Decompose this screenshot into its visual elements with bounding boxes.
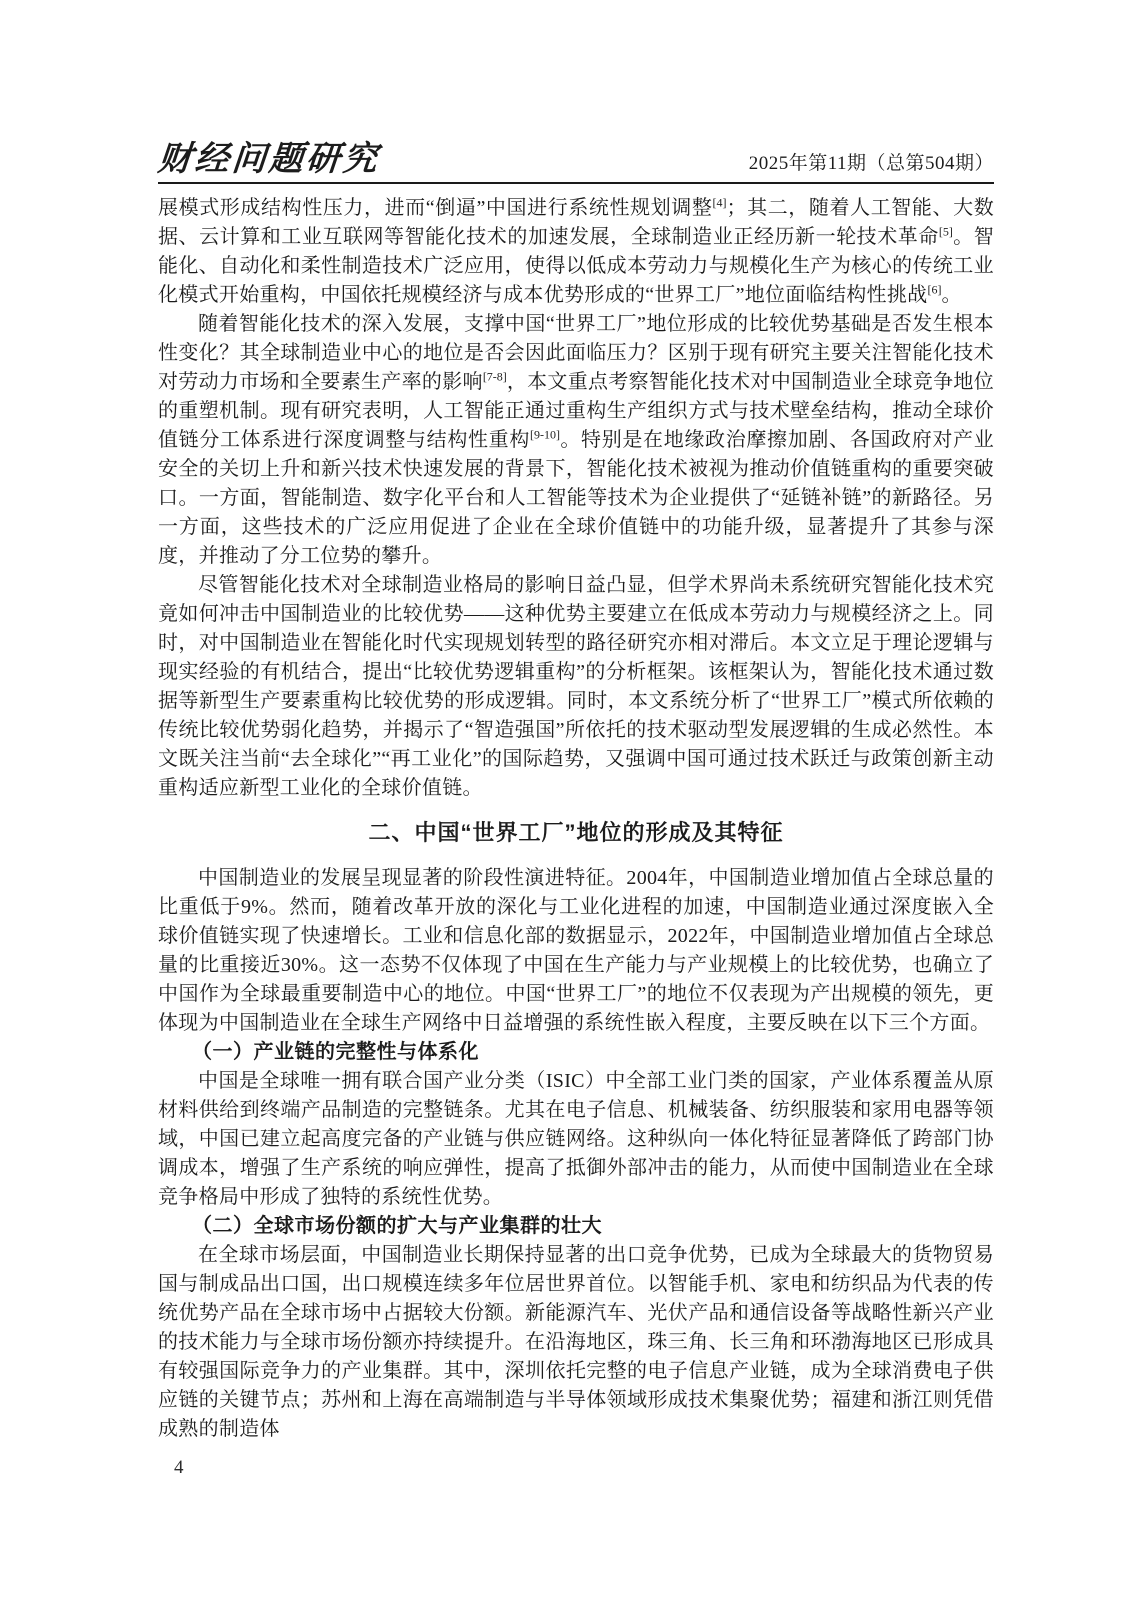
citation-marker: [4]	[713, 195, 727, 209]
sub-heading: （一）产业链的完整性与体系化	[158, 1038, 994, 1067]
paragraph: 展模式形成结构性压力，进而“倒逼”中国进行系统性规划调整[4]；其二，随着人工智…	[158, 194, 994, 310]
citation-marker: [6]	[927, 282, 941, 296]
paragraph: 中国制造业的发展呈现显著的阶段性演进特征。2004年，中国制造业增加值占全球总量…	[158, 864, 994, 1038]
header-divider	[158, 182, 994, 184]
section-heading: 二、中国“世界工厂”地位的形成及其特征	[158, 818, 994, 847]
journal-page: 财经问题研究 2025年第11期（总第504期） 展模式形成结构性压力，进而“倒…	[0, 0, 1140, 1600]
journal-logo: 财经问题研究	[157, 142, 382, 176]
sub-heading: （二）全球市场份额的扩大与产业集群的壮大	[158, 1212, 994, 1241]
paragraph: 中国是全球唯一拥有联合国产业分类（ISIC）中全部工业门类的国家，产业体系覆盖从…	[158, 1067, 994, 1212]
page-number: 4	[158, 1457, 994, 1479]
issue-info: 2025年第11期（总第504期）	[749, 148, 994, 176]
paragraph: 在全球市场层面，中国制造业长期保持显著的出口竞争优势，已成为全球最大的货物贸易国…	[158, 1241, 994, 1444]
citation-marker: [7-8]	[483, 369, 507, 383]
page-header: 财经问题研究 2025年第11期（总第504期）	[158, 136, 994, 176]
article-body: 展模式形成结构性压力，进而“倒逼”中国进行系统性规划调整[4]；其二，随着人工智…	[158, 194, 994, 1444]
citation-marker: [9-10]	[530, 427, 560, 441]
paragraph: 尽管智能化技术对全球制造业格局的影响日益凸显，但学术界尚未系统研究智能化技术究竟…	[158, 571, 994, 803]
paragraph: 随着智能化技术的深入发展，支撑中国“世界工厂”地位形成的比较优势基础是否发生根本…	[158, 310, 994, 571]
citation-marker: [5]	[939, 224, 953, 238]
